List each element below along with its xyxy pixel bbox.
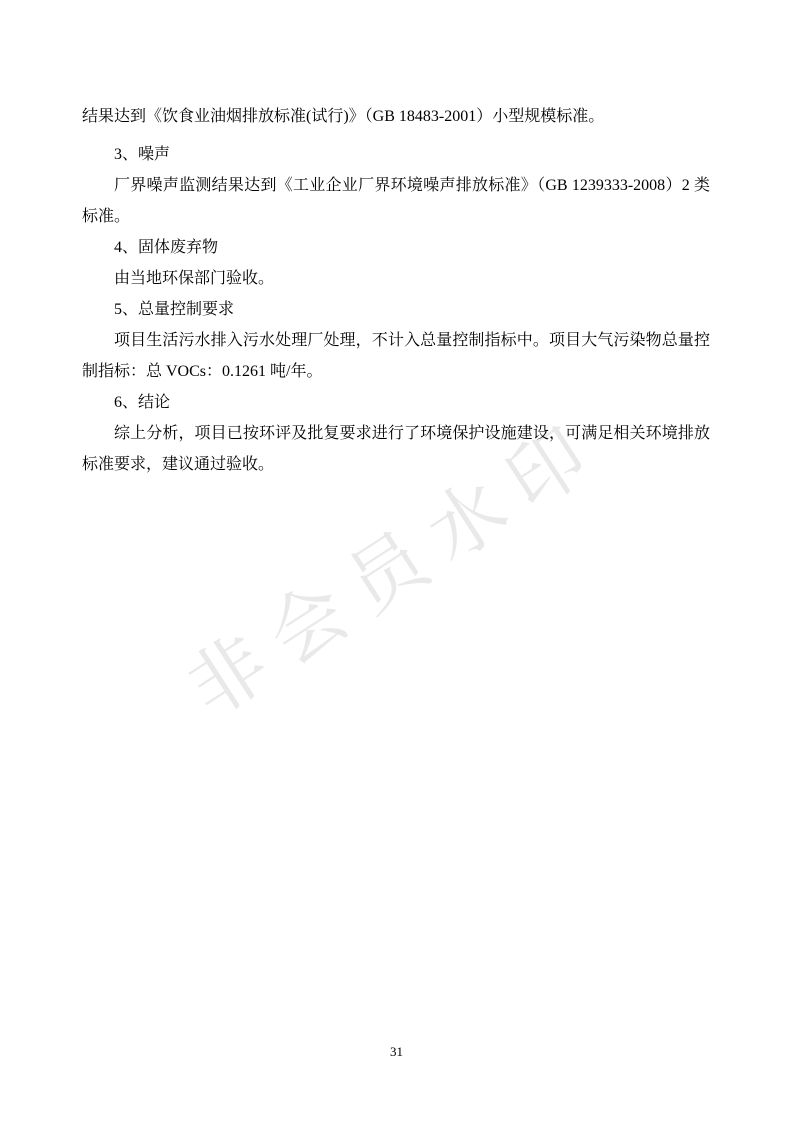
section-heading-total-control: 5、总量控制要求 <box>82 294 710 325</box>
paragraph-oil-fume-standard: 结果达到《饮食业油烟排放标准(试行)》（GB 18483-2001）小型规模标准… <box>82 101 710 132</box>
section-heading-conclusion: 6、结论 <box>82 387 710 418</box>
paragraph-total-control: 项目生活污水排入污水处理厂处理，不计入总量控制指标中。项目大气污染物总量控制指标… <box>82 325 710 387</box>
document-page: 非会员水印 结果达到《饮食业油烟排放标准(试行)》（GB 18483-2001）… <box>0 0 793 1122</box>
paragraph-noise-result: 厂界噪声监测结果达到《工业企业厂界环境噪声排放标准》（GB 1239333-20… <box>82 170 710 232</box>
paragraph-solid-waste: 由当地环保部门验收。 <box>82 263 710 294</box>
page-number: 31 <box>0 1044 793 1060</box>
section-heading-solid-waste: 4、固体废弃物 <box>82 232 710 263</box>
section-heading-noise: 3、噪声 <box>82 139 710 170</box>
document-body: 结果达到《饮食业油烟排放标准(试行)》（GB 18483-2001）小型规模标准… <box>82 101 710 480</box>
paragraph-conclusion: 综上分析，项目已按环评及批复要求进行了环境保护设施建设，可满足相关环境排放标准要… <box>82 418 710 480</box>
